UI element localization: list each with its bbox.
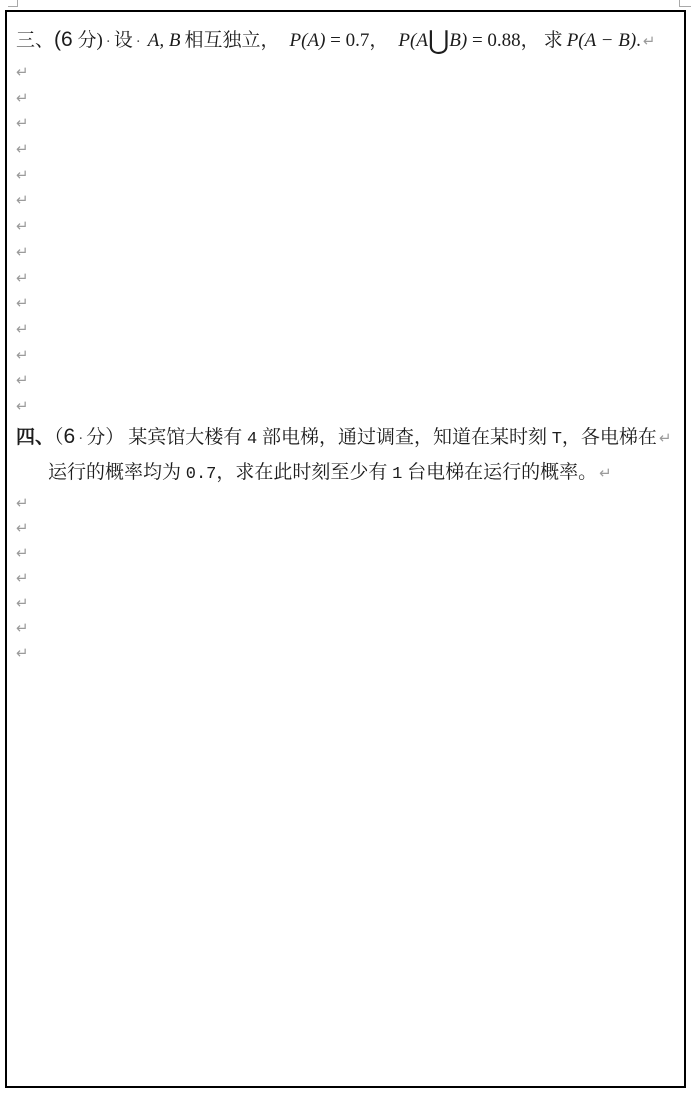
paragraph-return-mark: ↵ <box>16 371 29 389</box>
empty-paragraph: ↵ <box>7 566 684 591</box>
margin-crop-mark-top-right <box>678 0 693 8</box>
question-4-points: 6 <box>64 425 76 448</box>
math-prob-union-lhs2: B) <box>449 30 467 51</box>
margin-crop-mark-top-left <box>0 0 20 8</box>
paragraph-return-mark: ↵ <box>16 243 29 261</box>
empty-paragraph: ↵ <box>7 541 684 566</box>
question-4-text: 部电梯，通过调查，知道在某时刻 <box>257 427 552 448</box>
probability-value: 0.7 <box>186 465 217 484</box>
paragraph-return-mark: ↵ <box>659 429 672 447</box>
math-prob-union-rhs: = 0.88 <box>467 30 520 51</box>
math-prob-union-lhs: P(A <box>398 30 428 51</box>
empty-paragraph: ↵ <box>7 86 684 112</box>
paragraph-return-mark: ↵ <box>16 320 29 338</box>
question-3-set-word: 设 <box>114 30 133 51</box>
question-3-points: 6 <box>61 28 73 51</box>
space-mark: · <box>103 34 114 50</box>
paragraph-return-mark: ↵ <box>16 89 29 107</box>
empty-paragraph: ↵ <box>7 291 684 317</box>
empty-paragraph: ↵ <box>7 60 684 86</box>
math-events-ab: A, B <box>148 30 181 51</box>
empty-paragraph: ↵ <box>7 266 684 292</box>
math-prob-difference: P(A − B) <box>567 30 636 51</box>
question-4-points-paren: （ <box>54 427 64 448</box>
empty-paragraph: ↵ <box>7 516 684 541</box>
paragraph-return-mark: ↵ <box>16 346 29 364</box>
paragraph-return-mark: ↵ <box>16 166 29 184</box>
paragraph-return-mark: ↵ <box>16 217 29 235</box>
time-variable: T <box>552 430 562 449</box>
math-prob-a-lhs: P(A) <box>290 30 326 51</box>
document-page[interactable]: 三、(6 分)·设·A, B相互独立，P(A) = 0.7，P(A⋃B) = 0… <box>5 10 686 1088</box>
paragraph-return-mark: ↵ <box>16 519 29 537</box>
empty-paragraph: ↵ <box>7 343 684 369</box>
paragraph-return-mark: ↵ <box>16 269 29 287</box>
empty-paragraph: ↵ <box>7 163 684 189</box>
union-symbol: ⋃ <box>428 26 449 56</box>
paragraph-return-mark: ↵ <box>16 191 29 209</box>
math-prob-a-rhs: = 0.7 <box>325 30 369 51</box>
space-mark: · <box>133 34 144 50</box>
question-4-text: 某宾馆大楼有 <box>128 427 247 448</box>
paragraph-return-mark: ↵ <box>16 63 29 81</box>
question-4-text: ，求在此时刻至少有 <box>216 462 392 483</box>
paragraph-return-mark: ↵ <box>16 644 29 662</box>
empty-paragraph: ↵ <box>7 394 684 420</box>
empty-paragraph: ↵ <box>7 137 684 163</box>
question-3-seek-word: 求 <box>544 30 563 51</box>
empty-paragraph: ↵ <box>7 317 684 343</box>
question-3-points-paren: ( <box>54 28 61 51</box>
empty-paragraph: ↵ <box>7 591 684 616</box>
empty-paragraph: ↵ <box>7 616 684 641</box>
empty-paragraph: ↵ <box>7 188 684 214</box>
question-3: 三、(6 分)·设·A, B相互独立，P(A) = 0.7，P(A⋃B) = 0… <box>7 22 684 60</box>
question-3-number: 三、 <box>16 30 54 51</box>
paragraph-return-mark: ↵ <box>16 140 29 158</box>
paragraph-return-mark: ↵ <box>16 594 29 612</box>
question-3-independent-text: 相互独立， <box>185 30 280 51</box>
paragraph-return-mark: ↵ <box>599 464 612 482</box>
question-4-text: 台电梯在运行的概率。 <box>402 462 597 483</box>
paragraph-return-mark: ↵ <box>16 569 29 587</box>
paragraph-return-mark: ↵ <box>16 114 29 132</box>
question-4-points-close: 分） <box>86 427 124 448</box>
paragraph-return-mark: ↵ <box>643 32 656 50</box>
question-4-text: ，各电梯在 <box>562 427 657 448</box>
elevator-count: 4 <box>247 430 257 449</box>
space-mark: · <box>75 431 86 447</box>
document-content: 三、(6 分)·设·A, B相互独立，P(A) = 0.7，P(A⋃B) = 0… <box>7 12 684 666</box>
empty-paragraph: ↵ <box>7 491 684 516</box>
minimum-count: 1 <box>392 465 402 484</box>
question-4-number: 四、 <box>16 427 54 448</box>
question-4-text: 运行的概率均为 <box>48 462 186 483</box>
paragraph-return-mark: ↵ <box>16 294 29 312</box>
question-3-points-close: 分) <box>73 30 103 51</box>
paragraph-return-mark: ↵ <box>16 544 29 562</box>
empty-paragraph: ↵ <box>7 214 684 240</box>
paragraph-return-mark: ↵ <box>16 397 29 415</box>
comma: ， <box>521 30 540 51</box>
empty-paragraph: ↵ <box>7 240 684 266</box>
empty-paragraph: ↵ <box>7 368 684 394</box>
question-4-line-2: 运行的概率均为 0.7，求在此时刻至少有 1 台电梯在运行的概率。↵ <box>7 456 684 491</box>
period: . <box>636 30 641 51</box>
question-4-line-1: 四、（6·分）某宾馆大楼有 4 部电梯，通过调查，知道在某时刻 T，各电梯在↵ <box>7 420 684 456</box>
empty-paragraph: ↵ <box>7 111 684 137</box>
paragraph-return-mark: ↵ <box>16 494 29 512</box>
paragraph-return-mark: ↵ <box>16 619 29 637</box>
comma: ， <box>369 30 388 51</box>
empty-paragraph: ↵ <box>7 641 684 666</box>
